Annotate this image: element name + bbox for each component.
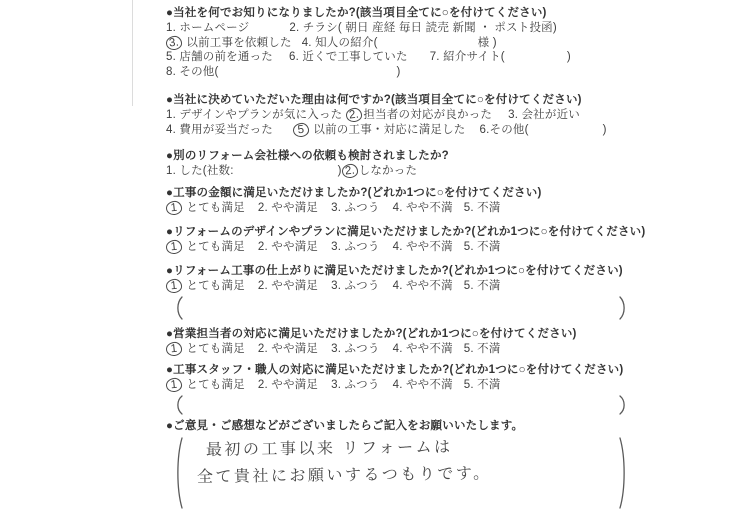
section-title: ●別のリフォーム会社様への依頼も検討されましたか? <box>166 149 722 164</box>
option-row: 1 とても満足2. やや満足3. ふつう4. やや不満5. 不満 <box>166 342 722 357</box>
survey-section-how-did-you-learn: ●当社を何でお知りになりましたか?(該当項目全てに○を付けてください)1. ホー… <box>166 6 722 79</box>
option-text: 4. やや不満 <box>393 202 453 214</box>
spacer <box>529 132 603 133</box>
survey-section-sales-staff-satisfaction: ●営業担当者の対応に満足いただけましたか?(どれか1つに○を付けてください)1 … <box>166 327 722 357</box>
option-row: 4. 費用が妥当だった5 以前の工事・対応に満足した6.その他() <box>166 123 722 138</box>
spacer <box>453 249 464 250</box>
section-title: ●リフォームのデザインやプランに満足いただけましたか?(どれか1つに○を付けてく… <box>166 225 722 240</box>
option-text: 4. やや不満 <box>393 343 453 355</box>
option-text: 2. チラシ( 朝日 産経 毎日 読売 新聞 ・ ポスト投函) <box>289 22 557 34</box>
option-text: 4. やや不満 <box>393 280 453 292</box>
handwritten-open-bracket-icon <box>174 437 184 509</box>
spacer <box>505 59 567 60</box>
survey-section-considered-other-companies: ●別のリフォーム会社様への依頼も検討されましたか?1. した(社数:)2.しなか… <box>166 149 722 179</box>
spacer <box>273 59 289 60</box>
option-text: ) <box>567 51 571 63</box>
option-text: 5. 不満 <box>464 280 501 292</box>
option-row: 5. 店舗の前を通った6. 近くで工事していた7. 紹介サイト() <box>166 50 722 65</box>
survey-section-workers-satisfaction: ●工事スタッフ・職人の対応に満足いただけましたか?(どれか1つに○を付けてくださ… <box>166 363 722 416</box>
spacer <box>245 288 258 289</box>
spacer <box>492 117 508 118</box>
option-text: 4. 費用が妥当だった <box>166 124 273 136</box>
handwritten-close-bracket-icon <box>618 437 628 509</box>
spacer <box>453 288 464 289</box>
option-text: とても満足 <box>183 280 245 292</box>
section-title: ●工事の金額に満足いただけましたか?(どれか1つに○を付けてください) <box>166 186 722 201</box>
option-text: 6.その他( <box>480 124 529 136</box>
spacer <box>380 387 393 388</box>
option-text: 担当者の対応が良かった <box>363 109 492 121</box>
option-row: 1 とても満足2. やや満足3. ふつう4. やや不満5. 不満 <box>166 279 722 294</box>
option-text: ) <box>397 66 401 78</box>
option-text: 3. ふつう <box>331 241 380 253</box>
option-text: 2. やや満足 <box>258 202 318 214</box>
spacer <box>219 74 397 75</box>
spacer <box>453 210 464 211</box>
scanned-survey-page: ●当社を何でお知りになりましたか?(該当項目全てに○を付けてください)1. ホー… <box>0 0 730 517</box>
survey-section-free-comments: ●ご意見・ご感想などがございましたらご記入をお願いいたします。最初の工事以来 リ… <box>166 419 722 509</box>
option-text: 6. 近くで工事していた <box>289 51 408 63</box>
scan-edge-artifact <box>132 0 133 106</box>
handwritten-circle-mark: 1 <box>165 200 182 216</box>
section-title: ●営業担当者の対応に満足いただけましたか?(どれか1つに○を付けてください) <box>166 327 722 342</box>
option-text: 3. 会社が近い <box>508 109 580 121</box>
option-text: 8. その他( <box>166 66 219 78</box>
spacer <box>380 351 393 352</box>
handwritten-close-bracket-icon <box>618 296 628 320</box>
handwritten-open-bracket-icon <box>174 395 184 415</box>
option-row: 1. した(社数:)2.しなかった <box>166 164 722 179</box>
spacer <box>408 59 430 60</box>
write-in-area <box>174 296 628 320</box>
spacer <box>453 351 464 352</box>
survey-section-price-satisfaction: ●工事の金額に満足いただけましたか?(どれか1つに○を付けてください)1 とても… <box>166 186 722 216</box>
spacer <box>380 210 393 211</box>
section-title: ●ご意見・ご感想などがございましたらご記入をお願いいたします。 <box>166 419 722 434</box>
spacer <box>318 351 331 352</box>
option-row: 1 とても満足2. やや満足3. ふつう4. やや不満5. 不満 <box>166 378 722 393</box>
option-text: 5. 不満 <box>464 379 501 391</box>
write-in-area <box>174 395 628 415</box>
option-row: 1 とても満足2. やや満足3. ふつう4. やや不満5. 不満 <box>166 201 722 216</box>
survey-section-design-plan-satisfaction: ●リフォームのデザインやプランに満足いただけましたか?(どれか1つに○を付けてく… <box>166 225 722 255</box>
option-text: 4. やや不満 <box>393 379 453 391</box>
write-in-area: 最初の工事以来 リフォームは全て貴社にお願いするつもりです。 <box>174 437 628 509</box>
spacer <box>245 210 258 211</box>
spacer <box>453 387 464 388</box>
spacer <box>234 173 338 174</box>
spacer <box>245 351 258 352</box>
option-text: 1. ホームページ <box>166 22 249 34</box>
spacer <box>245 387 258 388</box>
section-title: ●工事スタッフ・職人の対応に満足いただけましたか?(どれか1つに○を付けてくださ… <box>166 363 722 378</box>
spacer <box>380 288 393 289</box>
form-body: ●当社を何でお知りになりましたか?(該当項目全てに○を付けてください)1. ホー… <box>166 6 722 517</box>
option-text: 以前工事を依頼した <box>183 37 292 49</box>
option-text: 2. やや満足 <box>258 379 318 391</box>
handwritten-close-bracket-icon <box>618 395 628 415</box>
option-text: 7. 紹介サイト( <box>430 51 505 63</box>
option-text: 1. デザインやプランが気に入った <box>166 109 342 121</box>
spacer <box>249 30 289 31</box>
section-title: ●当社を何でお知りになりましたか?(該当項目全てに○を付けてください) <box>166 6 722 21</box>
option-text: 2. やや満足 <box>258 343 318 355</box>
option-text: しなかった <box>359 165 418 177</box>
handwritten-circle-mark: 3. <box>165 35 182 51</box>
option-text: 様 ) <box>478 37 497 49</box>
option-text: とても満足 <box>183 343 245 355</box>
option-row: 1 とても満足2. やや満足3. ふつう4. やや不満5. 不満 <box>166 240 722 255</box>
spacer <box>245 249 258 250</box>
option-text: 5. 不満 <box>464 202 501 214</box>
option-row: 3. 以前工事を依頼した4. 知人の紹介(様 ) <box>166 36 722 51</box>
option-text: 3. ふつう <box>331 280 380 292</box>
spacer <box>292 45 302 46</box>
handwritten-comment: 最初の工事以来 リフォームは全て貴社にお願いするつもりです。 <box>184 437 618 509</box>
option-text: 2. やや満足 <box>258 241 318 253</box>
handwritten-comment <box>184 395 618 415</box>
option-text: とても満足 <box>183 379 245 391</box>
option-text: 5. 不満 <box>464 241 501 253</box>
option-text: 2. やや満足 <box>258 280 318 292</box>
option-text: 5. 店舗の前を通った <box>166 51 273 63</box>
spacer <box>318 387 331 388</box>
survey-section-finish-quality-satisfaction: ●リフォーム工事の仕上がりに満足いただけましたか?(どれか1つに○を付けてくださ… <box>166 264 722 321</box>
survey-section-reason-chose-us: ●当社に決めていただいた理由は何ですか?(該当項目全てに○を付けてください)1.… <box>166 93 722 137</box>
option-text: とても満足 <box>183 202 245 214</box>
handwritten-circle-mark: 1 <box>165 278 182 294</box>
option-text: とても満足 <box>183 241 245 253</box>
option-text: 4. やや不満 <box>393 241 453 253</box>
handwritten-circle-mark: 1 <box>165 341 182 357</box>
spacer <box>318 249 331 250</box>
section-title: ●リフォーム工事の仕上がりに満足いただけましたか?(どれか1つに○を付けてくださ… <box>166 264 722 279</box>
option-text: 3. ふつう <box>331 343 380 355</box>
option-text: 4. 知人の紹介( <box>302 37 378 49</box>
option-text: 以前の工事・対応に満足した <box>310 124 466 136</box>
handwritten-circle-mark: 2. <box>346 107 363 123</box>
section-title: ●当社に決めていただいた理由は何ですか?(該当項目全てに○を付けてください) <box>166 93 722 108</box>
spacer <box>318 288 331 289</box>
handwritten-circle-mark: 5 <box>292 122 309 138</box>
handwritten-circle-mark: 1 <box>165 239 182 255</box>
option-text: ) <box>603 124 607 136</box>
handwritten-open-bracket-icon <box>174 296 184 320</box>
spacer <box>273 132 293 133</box>
handwritten-circle-mark: 2. <box>341 163 358 179</box>
option-text: 5. 不満 <box>464 343 501 355</box>
spacer <box>466 132 480 133</box>
option-row: 8. その他() <box>166 65 722 80</box>
handwritten-comment <box>184 296 618 320</box>
spacer <box>378 45 478 46</box>
option-row: 1. ホームページ2. チラシ( 朝日 産経 毎日 読売 新聞 ・ ポスト投函) <box>166 21 722 36</box>
option-text: 3. ふつう <box>331 202 380 214</box>
spacer <box>380 249 393 250</box>
spacer <box>318 210 331 211</box>
option-text: 3. ふつう <box>331 379 380 391</box>
handwritten-comment-line: 全て貴社にお願いするつもりです。 <box>197 459 618 491</box>
handwritten-circle-mark: 1 <box>165 377 182 393</box>
option-text: 1. した(社数: <box>166 165 234 177</box>
option-row: 1. デザインやプランが気に入った2.担当者の対応が良かった3. 会社が近い <box>166 108 722 123</box>
